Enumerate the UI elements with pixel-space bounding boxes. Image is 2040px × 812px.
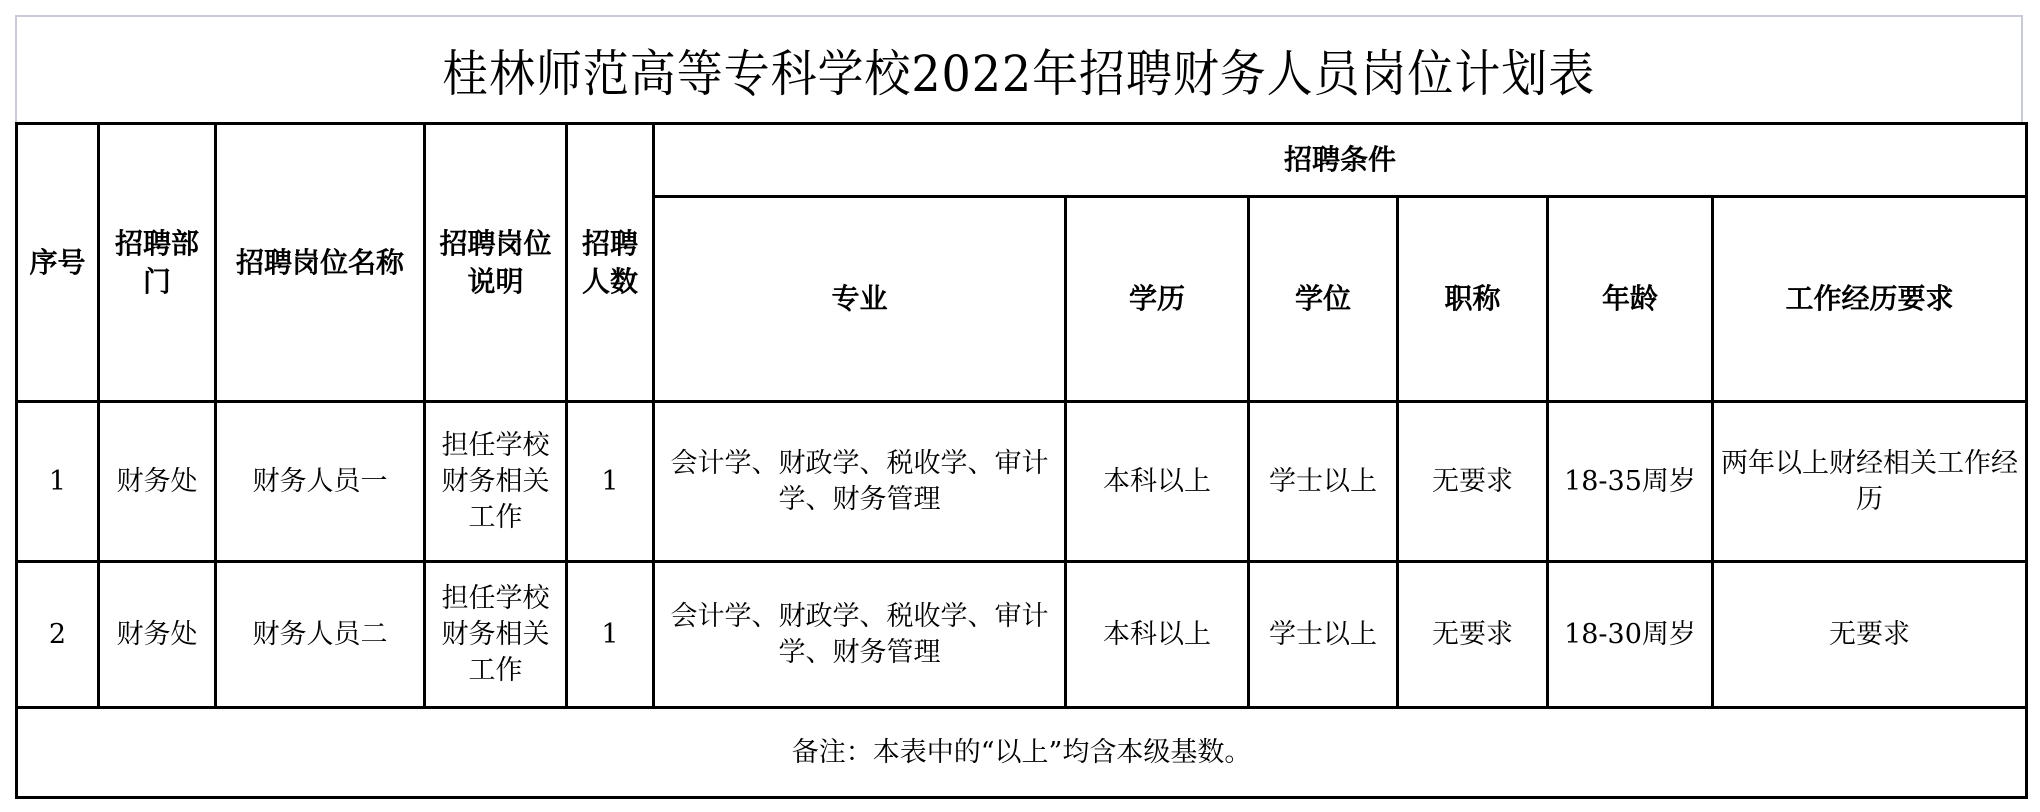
recruitment-plan-table: 序号 招聘部门 招聘岗位名称 招聘岗位说明 招聘人数 招聘条件 专业 学历 学位… bbox=[15, 122, 2028, 799]
cell-experience: 两年以上财经相关工作经历 bbox=[1713, 402, 2027, 562]
cell-degree: 学士以上 bbox=[1249, 562, 1398, 708]
cell-dept: 财务处 bbox=[99, 562, 216, 708]
cell-major: 会计学、财政学、税收学、审计学、财务管理 bbox=[654, 562, 1066, 708]
cell-position-desc: 担任学校财务相关工作 bbox=[425, 562, 567, 708]
cell-headcount: 1 bbox=[567, 562, 654, 708]
cell-title: 无要求 bbox=[1398, 402, 1548, 562]
header-age: 年龄 bbox=[1548, 197, 1713, 402]
cell-position-desc: 担任学校财务相关工作 bbox=[425, 402, 567, 562]
cell-education: 本科以上 bbox=[1066, 402, 1249, 562]
cell-headcount: 1 bbox=[567, 402, 654, 562]
cell-major: 会计学、财政学、税收学、审计学、财务管理 bbox=[654, 402, 1066, 562]
cell-seq: 2 bbox=[17, 562, 99, 708]
header-position-name: 招聘岗位名称 bbox=[216, 124, 425, 402]
header-conditions-group: 招聘条件 bbox=[654, 124, 2027, 197]
cell-education: 本科以上 bbox=[1066, 562, 1249, 708]
cell-experience: 无要求 bbox=[1713, 562, 2027, 708]
header-education: 学历 bbox=[1066, 197, 1249, 402]
header-title: 职称 bbox=[1398, 197, 1548, 402]
cell-seq: 1 bbox=[17, 402, 99, 562]
table-row: 2 财务处 财务人员二 担任学校财务相关工作 1 会计学、财政学、税收学、审计学… bbox=[17, 562, 2027, 708]
table-row: 1 财务处 财务人员一 担任学校财务相关工作 1 会计学、财政学、税收学、审计学… bbox=[17, 402, 2027, 562]
cell-position-name: 财务人员一 bbox=[216, 402, 425, 562]
header-major: 专业 bbox=[654, 197, 1066, 402]
cell-dept: 财务处 bbox=[99, 402, 216, 562]
header-dept: 招聘部门 bbox=[99, 124, 216, 402]
header-degree: 学位 bbox=[1249, 197, 1398, 402]
header-position-desc: 招聘岗位说明 bbox=[425, 124, 567, 402]
cell-age: 18-35周岁 bbox=[1548, 402, 1713, 562]
document-title: 桂林师范高等专科学校2022年招聘财务人员岗位计划表 bbox=[443, 34, 1596, 106]
cell-age: 18-30周岁 bbox=[1548, 562, 1713, 708]
cell-position-name: 财务人员二 bbox=[216, 562, 425, 708]
header-row-group: 序号 招聘部门 招聘岗位名称 招聘岗位说明 招聘人数 招聘条件 bbox=[17, 124, 2027, 197]
document-title-box: 桂林师范高等专科学校2022年招聘财务人员岗位计划表 bbox=[15, 15, 2023, 122]
header-seq: 序号 bbox=[17, 124, 99, 402]
note-row: 备注：本表中的“以上”均含本级基数。 bbox=[17, 708, 2027, 798]
table-note: 备注：本表中的“以上”均含本级基数。 bbox=[17, 708, 2027, 798]
header-experience: 工作经历要求 bbox=[1713, 197, 2027, 402]
cell-degree: 学士以上 bbox=[1249, 402, 1398, 562]
cell-title: 无要求 bbox=[1398, 562, 1548, 708]
header-headcount: 招聘人数 bbox=[567, 124, 654, 402]
